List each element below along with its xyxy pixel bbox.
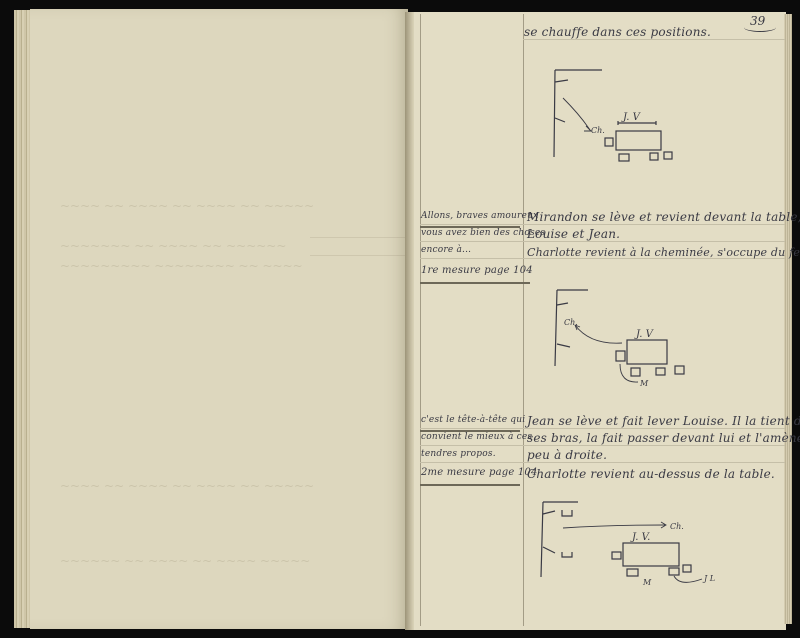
- margin-cue-line: encore à...: [421, 245, 471, 255]
- label-jean-louise: J L: [702, 574, 715, 583]
- direction-line: Louise et Jean.: [527, 227, 620, 241]
- rule: [523, 39, 785, 40]
- rule: [420, 224, 785, 225]
- label-mirandon: M: [639, 379, 649, 388]
- label-charlotte: Ch.: [591, 126, 605, 135]
- bleed-through-text: ~~~~ ~~ ~~~~ ~~ ~~~~ ~~ ~~~~~: [60, 199, 314, 213]
- margin-cue-line: tendres propos.: [421, 449, 496, 459]
- bleed-through-rule: [310, 255, 405, 256]
- direction-line: ses bras, la fait passer devant lui et l…: [527, 431, 800, 445]
- cue-underline: [420, 484, 520, 486]
- left-page: ~~~~ ~~ ~~~~ ~~ ~~~~ ~~ ~~~~~ ~~~~~~~ ~~…: [30, 9, 408, 629]
- direction-line: Jean se lève et fait lever Louise. Il la…: [527, 414, 800, 428]
- rule: [420, 445, 785, 446]
- margin-cue-measure: 1re mesure page 104: [421, 265, 533, 276]
- label-table: J. V.: [630, 532, 651, 543]
- bleed-through-text: ~~~~ ~~ ~~~~ ~~ ~~~~ ~~ ~~~~~: [60, 479, 314, 493]
- page-fore-edge: [784, 14, 792, 624]
- bleed-through-text: ~~~~~~ ~~ ~~~~ ~~ ~~~~ ~~~~~: [60, 554, 310, 568]
- rule: [420, 241, 785, 242]
- page-number-flourish: [744, 23, 776, 32]
- stage-diagram-2: Ch. J. V M: [530, 285, 700, 395]
- stage-diagram-1: Ch. J. V: [530, 60, 690, 170]
- rule: [420, 428, 785, 429]
- margin-line-cue-column: [523, 14, 524, 626]
- margin-line-outer: [420, 14, 421, 626]
- label-table: J. V: [621, 112, 642, 123]
- margin-cue-line: Allons, braves amoureux: [421, 211, 538, 221]
- open-notebook: ~~~~ ~~ ~~~~ ~~ ~~~~ ~~ ~~~~~ ~~~~~~~ ~~…: [0, 0, 800, 638]
- direction-line: Charlotte revient au-dessus de la table.: [527, 467, 775, 481]
- label-table: J. V: [634, 329, 655, 340]
- bleed-through-rule: [310, 237, 405, 238]
- direction-line: se chauffe dans ces positions.: [524, 25, 711, 39]
- margin-cue-measure: 2me mesure page 104: [421, 467, 538, 478]
- label-charlotte: Ch.: [670, 522, 684, 531]
- direction-line: peu à droite.: [527, 448, 607, 462]
- label-mirandon: M: [642, 578, 652, 587]
- bleed-through-text: ~~~~~~~ ~~ ~~~~ ~~ ~~~~~~: [60, 239, 286, 253]
- direction-line: Mirandon se lève et revient devant la ta…: [527, 210, 800, 224]
- cue-underline: [420, 282, 530, 284]
- rule: [420, 462, 785, 463]
- margin-cue-line: c'est le tête-à-tête qui: [421, 415, 525, 425]
- margin-cue-line: convient le mieux à ces: [421, 432, 532, 442]
- label-charlotte: Ch.: [564, 318, 578, 327]
- direction-line: Charlotte revient à la cheminée, s'occup…: [527, 246, 800, 259]
- stage-diagram-3: Ch. J. V. M J L: [530, 495, 730, 595]
- bleed-through-text: ~~~~~~~~~ ~~~~~~~~ ~~ ~~~~: [60, 259, 303, 273]
